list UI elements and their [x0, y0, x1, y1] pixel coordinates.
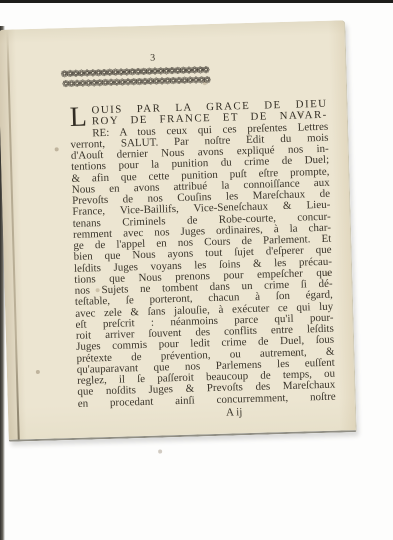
paper-crease: [6, 30, 19, 440]
fleuron-row-icon: ❁❁❁❁❁❁❁❁❁❁❁❁❁❁❁❁❁❁❁❁❁❁❁❁❁❁: [62, 76, 209, 90]
scanned-document-view: 3 ❁❁❁❁❁❁❁❁❁❁❁❁❁❁❁❁❁❁❁❁❁❁❁❁❁❁ ❁❁❁❁❁❁❁❁❁❁❁…: [0, 0, 393, 540]
page-number: 3: [150, 53, 155, 64]
scan-top-edge: [0, 0, 393, 3]
body-text: L OUIS PAR LA GRACE DE DIEU ROY DE FRANC…: [69, 99, 336, 423]
ornament-band: ❁❁❁❁❁❁❁❁❁❁❁❁❁❁❁❁❁❁❁❁❁❁❁❁❁❁ ❁❁❁❁❁❁❁❁❁❁❁❁❁…: [60, 66, 209, 90]
drop-cap: L: [69, 106, 90, 129]
document-page: 3 ❁❁❁❁❁❁❁❁❁❁❁❁❁❁❁❁❁❁❁❁❁❁❁❁❁❁ ❁❁❁❁❁❁❁❁❁❁❁…: [0, 20, 357, 442]
